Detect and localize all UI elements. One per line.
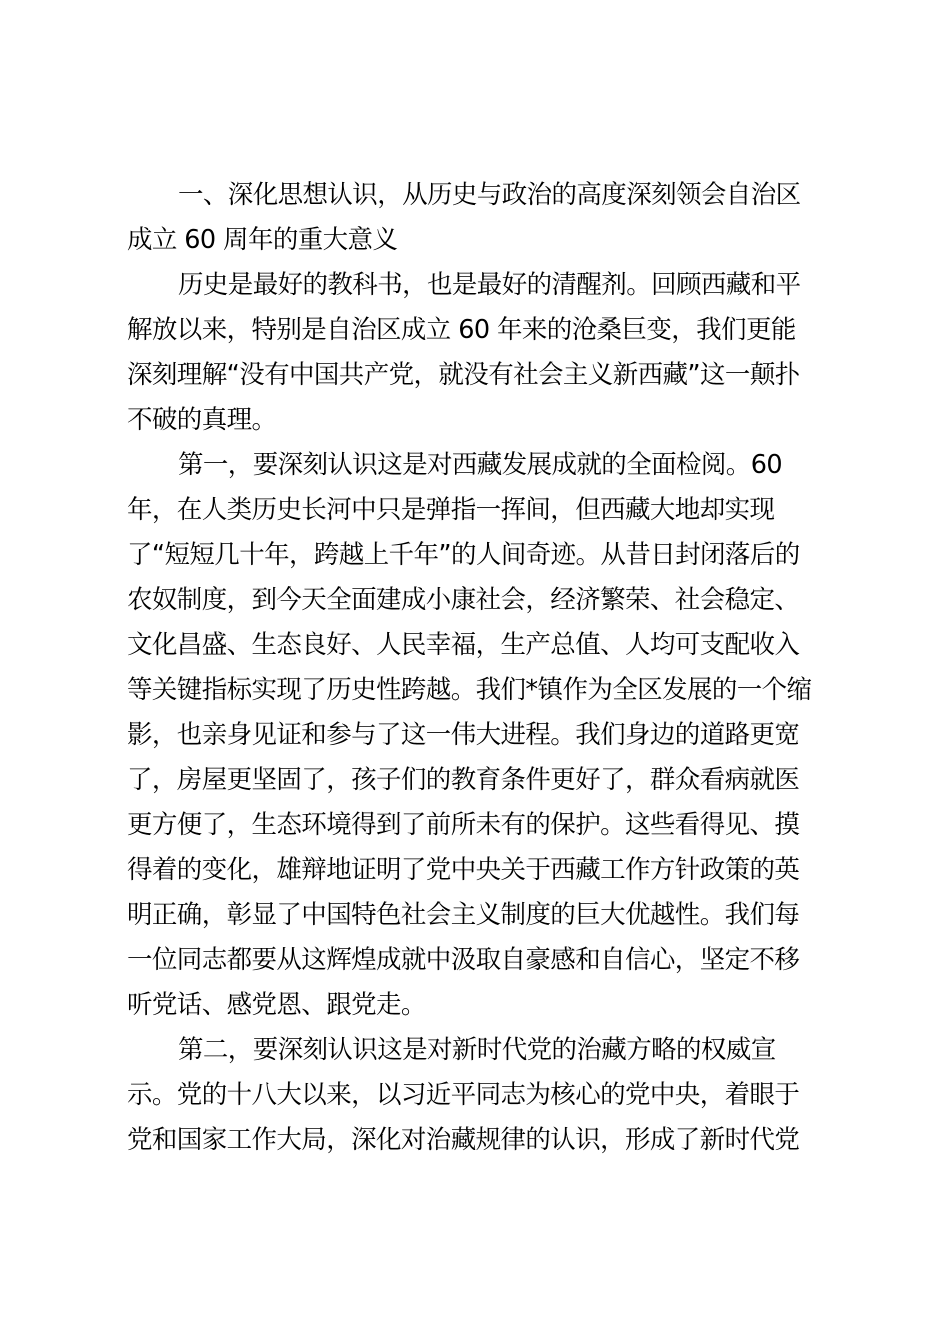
paragraph-second-point: 第二，要深刻认识这是对新时代党的治藏方略的权威宣 示。党的十八大以来，以习近平同… [127, 1028, 827, 1163]
paragraph-line: 更方便了，生态环境得到了前所未有的保护。这些看得见、摸 [127, 803, 827, 848]
paragraph-line: 明正确，彰显了中国特色社会主义制度的巨大优越性。我们每 [127, 893, 827, 938]
heading-line: 一、深化思想认识，从历史与政治的高度深刻领会自治区 [127, 173, 827, 218]
paragraph-line: 深刻理解“没有中国共产党，就没有社会主义新西藏”这一颠扑 [127, 353, 827, 398]
paragraph-first-point: 第一，要深刻认识这是对西藏发展成就的全面检阅。60 年，在人类历史长河中只是弹指… [127, 443, 827, 1028]
paragraph-line: 历史是最好的教科书，也是最好的清醒剂。回顾西藏和平 [127, 263, 827, 308]
paragraph-line: 影，也亲身见证和参与了这一伟大进程。我们身边的道路更宽 [127, 713, 827, 758]
paragraph-line: 第一，要深刻认识这是对西藏发展成就的全面检阅。60 [127, 443, 827, 488]
paragraph-line: 得着的变化，雄辩地证明了党中央关于西藏工作方针政策的英 [127, 848, 827, 893]
paragraph-line: 一位同志都要从这辉煌成就中汲取自豪感和自信心，坚定不移 [127, 938, 827, 983]
paragraph-line: 了“短短几十年，跨越上千年”的人间奇迹。从昔日封闭落后的 [127, 533, 827, 578]
paragraph-intro: 历史是最好的教科书，也是最好的清醒剂。回顾西藏和平 解放以来，特别是自治区成立 … [127, 263, 827, 443]
paragraph-line: 第二，要深刻认识这是对新时代党的治藏方略的权威宣 [127, 1028, 827, 1073]
paragraph-line: 年，在人类历史长河中只是弹指一挥间，但西藏大地却实现 [127, 488, 827, 533]
section-heading: 一、深化思想认识，从历史与政治的高度深刻领会自治区 成立 60 周年的重大意义 [127, 173, 827, 263]
paragraph-line: 听党话、感党恩、跟党走。 [127, 983, 827, 1028]
document-page: 一、深化思想认识，从历史与政治的高度深刻领会自治区 成立 60 周年的重大意义 … [0, 0, 950, 1344]
heading-line: 成立 60 周年的重大意义 [127, 218, 827, 263]
paragraph-line: 示。党的十八大以来，以习近平同志为核心的党中央，着眼于 [127, 1073, 827, 1118]
document-body: 一、深化思想认识，从历史与政治的高度深刻领会自治区 成立 60 周年的重大意义 … [127, 173, 827, 1163]
paragraph-line: 不破的真理。 [127, 398, 827, 443]
paragraph-line: 解放以来，特别是自治区成立 60 年来的沧桑巨变，我们更能 [127, 308, 827, 353]
paragraph-line: 文化昌盛、生态良好、人民幸福，生产总值、人均可支配收入 [127, 623, 827, 668]
paragraph-line: 党和国家工作大局，深化对治藏规律的认识，形成了新时代党 [127, 1118, 827, 1163]
paragraph-line: 了，房屋更坚固了，孩子们的教育条件更好了，群众看病就医 [127, 758, 827, 803]
paragraph-line: 等关键指标实现了历史性跨越。我们*镇作为全区发展的一个缩 [127, 668, 827, 713]
paragraph-line: 农奴制度，到今天全面建成小康社会，经济繁荣、社会稳定、 [127, 578, 827, 623]
